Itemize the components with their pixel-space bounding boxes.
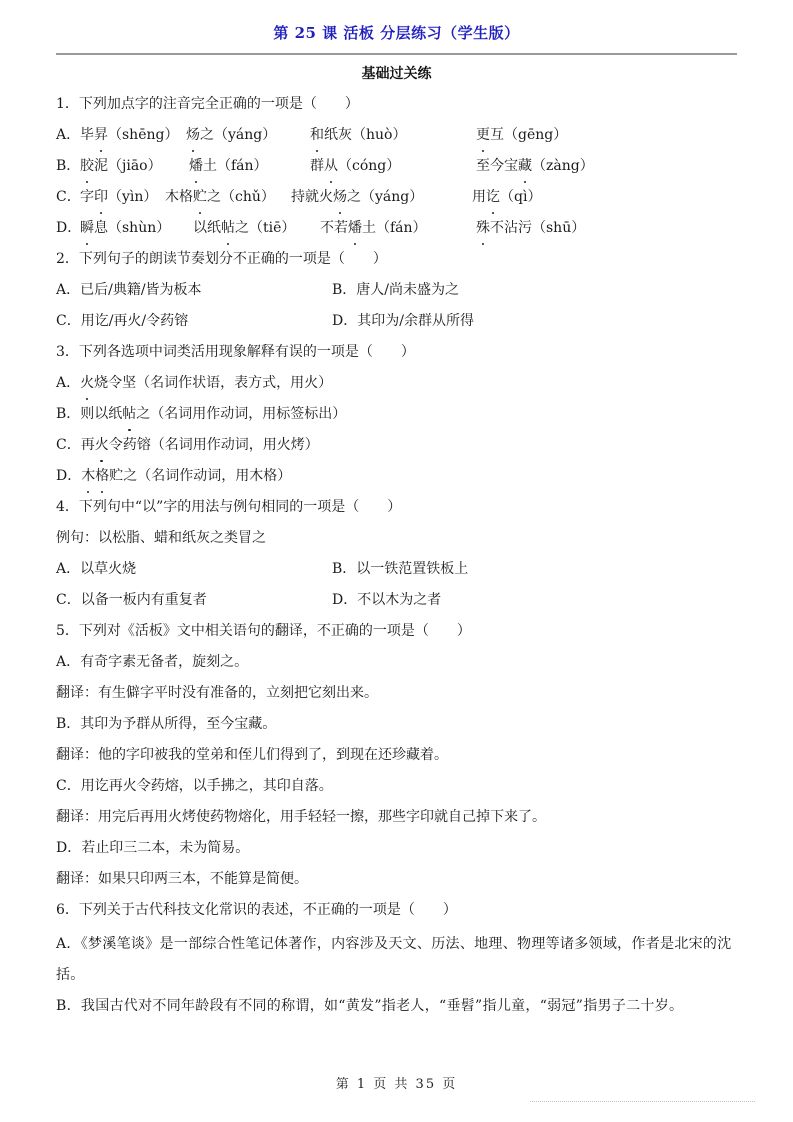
translation-d: 翻译：如果只印两三本，不能算是简便。 bbox=[56, 867, 739, 898]
question-1: 1．下列加点字的注音完全正确的一项是（ ） A． 毕昇（shēng） 炀之（yá… bbox=[56, 92, 739, 247]
option-row: A．已后/典籍/皆为板本 B．唐人/尚未盛为之 bbox=[56, 278, 739, 309]
option-row: A．以草火烧 B．以一铁范置铁板上 bbox=[56, 557, 739, 588]
option-b: B．我国古代对不同年龄段有不同的称谓，如“黄发”指老人，“垂髫”指儿童，“弱冠”… bbox=[56, 991, 739, 1022]
question-2: 2．下列句子的朗读节奏划分不正确的一项是（ ） A．已后/典籍/皆为板本 B．唐… bbox=[56, 247, 739, 340]
question-stem: 5．下列对《活板》文中相关语句的翻译，不正确的一项是（ ） bbox=[56, 619, 739, 650]
question-stem: 3．下列各选项中词类活用现象解释有误的一项是（ ） bbox=[56, 340, 739, 371]
emphasized-char: 帖 bbox=[122, 402, 136, 426]
option-c: C．用讫再火令药熔，以手拂之，其印自落。 bbox=[56, 774, 739, 805]
option-d: D．木格贮之（名词作动词，用木格） bbox=[56, 464, 739, 495]
option-d: D．其印为/余群从所得 bbox=[332, 309, 474, 340]
emphasized-char: 瞬 bbox=[80, 216, 94, 240]
translation-a: 翻译：有生僻字平时没有准备的，立刻把它刻出来。 bbox=[56, 681, 739, 712]
header-divider bbox=[56, 53, 737, 55]
option-c: C．以备一板内有重复者 bbox=[56, 588, 332, 619]
question-3: 3．下列各选项中词类活用现象解释有误的一项是（ ） A．火烧令坚（名词作状语，表… bbox=[56, 340, 739, 495]
option-a: A．以草火烧 bbox=[56, 557, 332, 588]
option-item: 字印（yìn） bbox=[80, 185, 165, 216]
emphasized-char: 炀 bbox=[186, 123, 200, 147]
option-a: A． 毕昇（shēng） 炀之（yáng） 和纸灰（huò） 更互（gēng） bbox=[56, 123, 739, 154]
option-item: 炀之（yáng） bbox=[186, 123, 310, 154]
emphasized-char: 燔 bbox=[189, 154, 203, 178]
emphasized-char: 讫 bbox=[486, 185, 500, 209]
option-b: B． 胶泥（jiāo） 燔土（fán） 群从（cóng） 至今宝藏（zàng） bbox=[56, 154, 739, 185]
watermark bbox=[530, 1101, 755, 1106]
emphasized-char: 藏 bbox=[518, 154, 532, 178]
emphasized-char: 格 bbox=[95, 464, 109, 488]
option-b: B．其印为予群从所得，至今宝藏。 bbox=[56, 712, 739, 743]
option-item: 毕昇（shēng） bbox=[80, 123, 186, 154]
option-label: C． bbox=[56, 185, 80, 216]
option-item: 燔土（fán） bbox=[189, 154, 310, 185]
emphasized-char: 从 bbox=[324, 154, 338, 178]
option-row: C．用讫/再火/令药镕 D．其印为/余群从所得 bbox=[56, 309, 739, 340]
emphasized-char: 帖 bbox=[221, 216, 235, 240]
option-item: 瞬息（shùn） bbox=[80, 216, 193, 247]
translation-c: 翻译：用完后再用火烤使药物熔化，用手轻轻一擦，那些字印就自己掉下来了。 bbox=[56, 805, 739, 836]
option-b: B．唐人/尚未盛为之 bbox=[332, 278, 459, 309]
option-row: C．以备一板内有重复者 D．不以木为之者 bbox=[56, 588, 739, 619]
emphasized-char: 更 bbox=[476, 123, 490, 147]
option-item: 和纸灰（huò） bbox=[310, 123, 476, 154]
translation-b: 翻译：他的字印被我的堂弟和侄儿们得到了，到现在还珍藏着。 bbox=[56, 743, 739, 774]
option-c: C． 字印（yìn） 木格贮之（chǔ） 持就火炀之（yáng） 用讫（qì） bbox=[56, 185, 739, 216]
option-item: 不若燔土（fán） bbox=[320, 216, 476, 247]
option-item: 持就火炀之（yáng） bbox=[291, 185, 472, 216]
emphasized-char: 炀 bbox=[333, 185, 347, 209]
option-label: D． bbox=[56, 216, 80, 247]
question-stem: 4．下列句中“以”字的用法与例句相同的一项是（ ） bbox=[56, 495, 739, 526]
question-list: 1．下列加点字的注音完全正确的一项是（ ） A． 毕昇（shēng） 炀之（yá… bbox=[56, 92, 739, 1022]
option-item: 胶泥（jiāo） bbox=[80, 154, 189, 185]
emphasized-char: 和 bbox=[310, 123, 324, 147]
option-a: A．已后/典籍/皆为板本 bbox=[56, 278, 332, 309]
option-d: D．若止印三二本，未为简易。 bbox=[56, 836, 739, 867]
question-stem: 1．下列加点字的注音完全正确的一项是（ ） bbox=[56, 92, 739, 123]
emphasized-char: 火 bbox=[80, 371, 94, 395]
emphasized-char: 印 bbox=[94, 185, 108, 209]
option-b: B．以一铁范置铁板上 bbox=[332, 557, 468, 588]
option-item: 以纸帖之（tiē） bbox=[193, 216, 320, 247]
emphasized-char: 火 bbox=[95, 433, 109, 457]
section-title: 基础过关练 bbox=[0, 63, 793, 83]
option-a: A．《梦溪笔谈》是一部综合性笔记体著作，内容涉及天文、历法、地理、物理等诸多领域… bbox=[56, 929, 739, 991]
example-sentence: 例句：以松脂、蜡和纸灰之类冒之 bbox=[56, 526, 739, 557]
option-c: C．用讫/再火/令药镕 bbox=[56, 309, 332, 340]
option-item: 木格贮之（chǔ） bbox=[165, 185, 291, 216]
option-item: 用讫（qì） bbox=[472, 185, 541, 216]
emphasized-char: 胶 bbox=[80, 154, 94, 178]
option-item: 更互（gēng） bbox=[476, 123, 567, 154]
option-a: A．火烧令坚（名词作状语，表方式，用火） bbox=[56, 371, 739, 402]
option-label: A． bbox=[56, 123, 80, 154]
option-c: C．再火令药镕（名词用作动词，用火烤） bbox=[56, 433, 739, 464]
emphasized-char: 殊 bbox=[476, 216, 490, 240]
option-item: 群从（cóng） bbox=[310, 154, 476, 185]
option-item: 至今宝藏（zàng） bbox=[476, 154, 594, 185]
question-stem: 6．下列关于古代科技文化常识的表述，不正确的一项是（ ） bbox=[56, 898, 739, 929]
option-label: B． bbox=[56, 154, 80, 185]
question-stem: 2．下列句子的朗读节奏划分不正确的一项是（ ） bbox=[56, 247, 739, 278]
question-5: 5．下列对《活板》文中相关语句的翻译，不正确的一项是（ ） A．有奇字素无备者，… bbox=[56, 619, 739, 898]
option-d: D． 瞬息（shùn） 以纸帖之（tiē） 不若燔土（fán） 殊不沾污（shū… bbox=[56, 216, 739, 247]
page-number: 第 1 页 共 35 页 bbox=[0, 1073, 793, 1092]
option-item: 殊不沾污（shū） bbox=[476, 216, 585, 247]
question-6: 6．下列关于古代科技文化常识的表述，不正确的一项是（ ） A．《梦溪笔谈》是一部… bbox=[56, 898, 739, 1022]
page-title: 第 25 课 活板 分层练习（学生版） bbox=[0, 22, 793, 43]
option-b: B．则以纸帖之（名词用作动词，用标签标出） bbox=[56, 402, 739, 433]
option-d: D．不以木为之者 bbox=[332, 588, 441, 619]
option-a: A．有奇字素无备者，旋刻之。 bbox=[56, 650, 739, 681]
emphasized-char: 燔 bbox=[348, 216, 362, 240]
emphasized-char: 贮 bbox=[193, 185, 207, 209]
emphasized-char: 木 bbox=[81, 464, 95, 488]
emphasized-char: 昇 bbox=[94, 123, 108, 147]
question-4: 4．下列句中“以”字的用法与例句相同的一项是（ ） 例句：以松脂、蜡和纸灰之类冒… bbox=[56, 495, 739, 619]
